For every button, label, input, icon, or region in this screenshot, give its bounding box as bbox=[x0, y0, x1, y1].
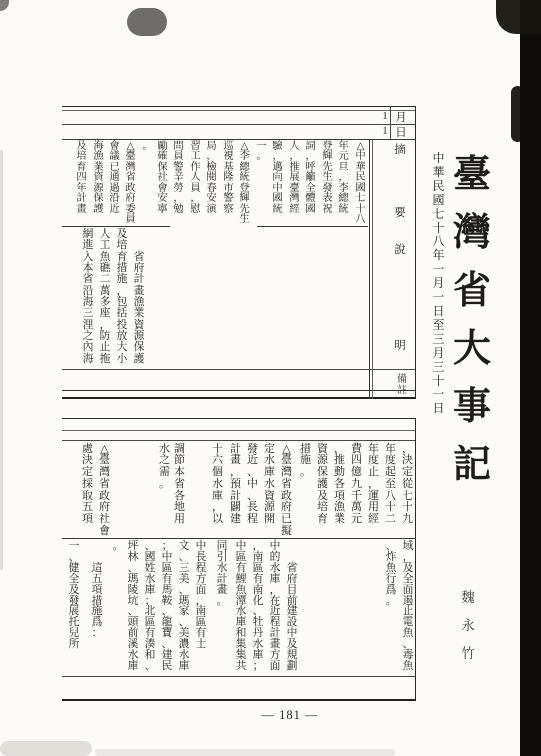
text-column: 省 府 計 畫 漁 業 資 源 保 護 bbox=[131, 252, 147, 365]
month-label: 月 bbox=[394, 109, 408, 125]
table-rule bbox=[369, 139, 370, 399]
text-column: ； 中 區 有 馬 鞍 、 龍 寶 、 建 民 bbox=[159, 541, 175, 672]
summary-label-4: 明 bbox=[393, 337, 407, 353]
text-column: ， 決 定 從 七 十 九 bbox=[400, 444, 415, 526]
text-column: 驗 ， 邁 向 中 國 統 bbox=[270, 142, 285, 216]
text-column: 及 培 育 四 年 計 畫 bbox=[74, 142, 89, 216]
text-column: 計 畫 ， 預 計 闢 建 bbox=[228, 444, 243, 526]
text-column: 網 進 入 本 省 沿 海 三 浬 之 內 海 bbox=[80, 229, 96, 365]
table-rule bbox=[62, 676, 416, 677]
table-rule bbox=[62, 397, 416, 399]
main-title: 臺 灣 省 大 事 記 bbox=[447, 146, 497, 494]
text-column: 會 議 已 通 過 沿 近 bbox=[107, 142, 122, 216]
text-column: 文 、 三 美 、 瑪 家 、 美 濃 水 庫 bbox=[176, 541, 192, 672]
text-column: 水 之 需 。 bbox=[157, 444, 172, 491]
table-rule bbox=[62, 538, 415, 539]
text-column: 及 培 育 措 施 ， 包 括 投 放 大 小 bbox=[114, 229, 130, 365]
text-column: 十 六 個 水 庫 ， 以 bbox=[210, 444, 225, 526]
text-column: △ 臺 灣 省 政 府 已 擬 bbox=[279, 444, 294, 538]
text-column: 處 決 定 採 取 五 項 bbox=[80, 444, 95, 526]
text-column: 中 區 有 鯉 魚 潭 水 庫 和 集 集 共 bbox=[233, 541, 249, 672]
scan-artifact bbox=[511, 86, 524, 142]
table-rule bbox=[62, 106, 416, 108]
text-column: 局 ， 檢 閱 春 安 演 bbox=[204, 142, 219, 216]
text-column: 年 度 止 ， 運 用 經 bbox=[366, 444, 381, 526]
scan-artifact bbox=[127, 8, 167, 36]
text-column: 中 的 水 庫 ， 在 近 程 計 畫 方 面 bbox=[267, 541, 283, 672]
day-value: 1 bbox=[378, 126, 392, 137]
table-rule bbox=[372, 139, 373, 399]
table-rule bbox=[62, 110, 416, 111]
table-rule bbox=[62, 418, 416, 420]
table-rule bbox=[62, 699, 416, 701]
text-column: 詞 ， 呼 籲 全 體 國 bbox=[303, 142, 318, 216]
text-column: 人 工 魚 礁 二 萬 多 座 ， 防 止 拖 bbox=[97, 229, 113, 365]
text-column: 登 輝 先 生 發 表 祝 bbox=[320, 142, 335, 216]
text-column: 費 四 億 九 千 萬 元 bbox=[349, 444, 364, 526]
text-column: ， 推 動 各 項 漁 業 bbox=[332, 444, 347, 526]
table-rule bbox=[257, 226, 368, 227]
text-column: 巡 視 基 隆 市 警 察 bbox=[221, 142, 236, 216]
table-rule bbox=[415, 106, 417, 400]
text-column: 海 漁 業 資 源 保 護 bbox=[91, 142, 106, 216]
text-column: 發 近 、 中 、 長 程 bbox=[245, 444, 260, 526]
summary-label-3: 說 bbox=[393, 241, 407, 257]
text-column: 習 工 作 人 員 ， 慰 bbox=[188, 142, 203, 216]
month-value: 1 bbox=[378, 111, 392, 122]
text-column: 中 長 程 方 面 ， 南 區 有 士 bbox=[193, 541, 209, 650]
text-column: ， 南 區 有 南 化 、 牡 丹 水 庫 ； bbox=[250, 541, 266, 672]
table-rule bbox=[62, 369, 416, 370]
text-column: 域 ， 及 全 面 遏 止 電 魚 、 毒 魚 bbox=[400, 541, 416, 672]
scan-artifact bbox=[0, 150, 3, 570]
table-rule bbox=[62, 139, 416, 140]
text-column: △ 臺 灣 省 政 府 委 員 bbox=[123, 142, 138, 226]
text-column: △ 中 華 民 國 七 十 八 bbox=[353, 142, 368, 226]
text-column: 省 府 目 前 建 設 中 及 規 劃 bbox=[284, 563, 300, 672]
scan-artifact bbox=[0, 741, 92, 756]
text-column: 同 引 水 計 畫 。 bbox=[214, 541, 230, 606]
summary-label-2: 要 bbox=[393, 204, 407, 220]
text-column: 。 bbox=[140, 142, 155, 153]
author-name: 魏 永 竹 bbox=[457, 584, 479, 668]
edition-subtitle: 中 華 民 國 七 十 八 年 一 月 一 日 至 三 月 三 十 一 日 bbox=[429, 152, 448, 416]
table-rule bbox=[62, 430, 416, 431]
text-column: 措 施 。 bbox=[298, 444, 313, 479]
text-column: 人 ， 推 展 臺 灣 經 bbox=[287, 142, 302, 216]
day-label: 日 bbox=[394, 124, 408, 140]
text-column: 資 源 保 護 及 培 育 bbox=[315, 444, 330, 526]
scanned-page: 月日11摘要說明備註 △ 中 華 民 國 七 十 八年 元 旦 ， 李 總 統登… bbox=[0, 0, 541, 756]
text-column: 問 員 警 辛 勞 ， 勉 bbox=[171, 142, 186, 216]
text-column: 這 五 項 措 施 爲 ： bbox=[89, 563, 105, 639]
scan-artifact bbox=[95, 749, 395, 756]
text-column: 一 。 bbox=[254, 142, 269, 163]
text-column: 年 度 起 至 八 十 二 bbox=[383, 444, 398, 526]
text-column: 年 元 旦 ， 李 總 統 bbox=[336, 142, 351, 216]
text-column: 一 、 健 全 及 發 展 托 兒 所 bbox=[66, 541, 82, 650]
table-rule bbox=[62, 390, 416, 391]
text-column: 、 炸 魚 行 爲 。 bbox=[383, 541, 399, 606]
text-column: 勵 確 保 社 會 安 寧 bbox=[155, 142, 170, 216]
table-rule bbox=[62, 440, 416, 441]
scan-artifact bbox=[496, 0, 541, 34]
text-column: 定 水 庫 水 資 源 開 bbox=[262, 444, 277, 526]
table-rule bbox=[62, 124, 416, 125]
summary-label-1: 摘 bbox=[393, 141, 407, 157]
table-rule bbox=[62, 226, 170, 227]
scan-artifact bbox=[0, 0, 9, 11]
text-column: △ 臺 灣 省 政 府 社 會 bbox=[97, 444, 112, 538]
text-column: 。 bbox=[110, 541, 126, 552]
text-column: △ 李 總 統 登 輝 先 生 bbox=[237, 142, 252, 226]
text-column: 調 節 本 省 各 地 用 bbox=[172, 444, 187, 526]
note-label-2: 註 bbox=[395, 381, 409, 396]
page-number: — 181 — bbox=[238, 708, 342, 723]
text-column: 坪 林 、 瑪 陵 坑 、 頭 前 溪 水 庫 bbox=[125, 541, 141, 672]
text-column: 、 國 姓 水 庫 ； 北 區 有 湊 和 、 bbox=[142, 541, 158, 672]
